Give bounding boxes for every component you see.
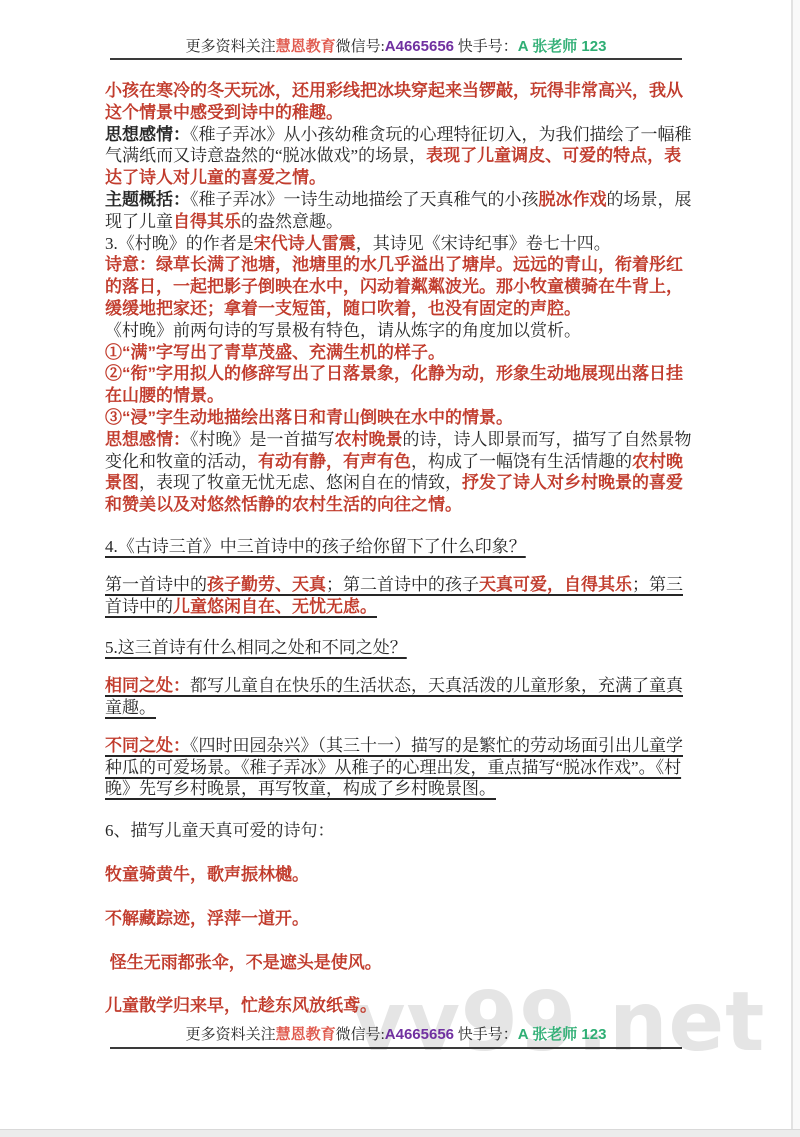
paragraph: 思想感情：《稚子弄冰》从小孩幼稚贪玩的心理特征切入，为我们描绘了一幅稚气满纸而又…	[105, 124, 695, 189]
paragraph: 3.《村晚》的作者是宋代诗人雷震，其诗见《宋诗纪事》卷七十四。	[105, 233, 695, 255]
text-segment: 3.《村晚》的作者是	[105, 234, 254, 253]
text-segment: 儿童散学归来早，忙趁东风放纸鸢。	[105, 996, 377, 1015]
text-segment: 思想感情：	[105, 430, 190, 449]
text-segment: 诗意：绿草长满了池塘，池塘里的水几乎溢出了塘岸。远远的青山，衔着彤红的落日，一起…	[105, 255, 683, 318]
text-segment: A 张老师 123	[518, 38, 607, 55]
question-line: 5.这三首诗有什么相同之处和不同之处？	[105, 637, 695, 659]
text-segment: 的盎然意趣。	[241, 212, 343, 231]
header-divider	[110, 58, 682, 60]
text-segment: 不解藏踪迹，浮萍一道开。	[105, 909, 309, 928]
viewer-right-gutter	[793, 0, 800, 1137]
text-segment: 主题概括：	[105, 190, 190, 209]
poem-line: 儿童散学归来早，忙趁东风放纸鸢。	[105, 995, 695, 1017]
paragraph: 主题概括：《稚子弄冰》一诗生动地描绘了天真稚气的小孩脱冰作戏的场景，展现了儿童自…	[105, 189, 695, 233]
text-segment: 更多资料关注	[186, 39, 276, 55]
text-segment: ②“衔”字用拟人的修辞写出了日落景象，化静为动，形象生动地展现出落日挂在山腰的情…	[105, 364, 683, 405]
text-segment: 更多资料关注	[186, 1027, 276, 1043]
paragraph: 诗意：绿草长满了池塘，池塘里的水几乎溢出了塘岸。远远的青山，衔着彤红的落日，一起…	[105, 254, 695, 319]
text-segment: 有动有静，有声有色	[258, 452, 411, 471]
paragraph: ②“衔”字用拟人的修辞写出了日落景象，化静为动，形象生动地展现出落日挂在山腰的情…	[105, 363, 695, 407]
document-page: vv99.net 更多资料关注慧恩教育微信号:A4665656 快手号：A 张老…	[0, 0, 800, 1137]
text-segment: 小孩在寒冷的冬天玩冰，还用彩线把冰块穿起来当锣敲，玩得非常高兴，我从这个情景中感…	[105, 81, 683, 122]
answer-line: 相同之处：都写儿童自在快乐的生活状态，天真活泼的儿童形象，充满了童真童趣。	[105, 675, 695, 719]
text-segment: 不同之处：	[105, 736, 190, 755]
section-label: 6、描写儿童天真可爱的诗句：	[105, 820, 695, 842]
text-segment: 《村晚》是一首描写	[190, 430, 335, 449]
answer-line: 第一首诗中的孩子勤劳、天真；第二首诗中的孩子天真可爱，自得其乐；第三首诗中的儿童…	[105, 574, 695, 618]
text-segment: ①“满”字写出了青草茂盛、充满生机的样子。	[105, 343, 445, 362]
document-content: 小孩在寒冷的冬天玩冰，还用彩线把冰块穿起来当锣敲，玩得非常高兴，我从这个情景中感…	[105, 80, 695, 1017]
answer-line: 不同之处：《四时田园杂兴》（其三十一）描写的是繁忙的劳动场面引出儿童学种瓜的可爱…	[105, 735, 695, 800]
paragraph: 《村晚》前两句诗的写景极有特色，请从炼字的角度加以赏析。	[105, 320, 695, 342]
text-segment: 天真可爱，自得其乐	[479, 575, 632, 594]
text-segment: 怪生无雨都张伞，不是遮头是使风。	[105, 953, 382, 972]
text-segment: 6、描写儿童天真可爱的诗句：	[105, 821, 335, 840]
text-segment: ；第二首诗中的孩子	[326, 575, 479, 594]
viewer-bottom-bar	[0, 1129, 800, 1137]
text-segment: 《四时田园杂兴》（其三十一）描写的是繁忙的劳动场面引出儿童学种瓜的可爱场景。《稚…	[105, 736, 683, 799]
paragraph: 小孩在寒冷的冬天玩冰，还用彩线把冰块穿起来当锣敲，玩得非常高兴，我从这个情景中感…	[105, 80, 695, 124]
text-segment: 相同之处：	[105, 676, 190, 695]
text-segment: 快手号：	[454, 39, 518, 55]
text-segment: 微信号:	[336, 39, 385, 55]
text-segment: A4665656	[385, 38, 454, 55]
text-segment: ，表现了牧童无忧无虑、悠闲自在的情致，	[139, 473, 462, 492]
text-segment: ③“浸”字生动地描绘出落日和青山倒映在水中的情景。	[105, 408, 513, 427]
text-segment: 孩子勤劳、天真	[207, 575, 326, 594]
poem-line: 不解藏踪迹，浮萍一道开。	[105, 908, 695, 930]
text-segment: 微信号:	[336, 1027, 385, 1043]
text-segment: 慧恩教育	[276, 38, 336, 55]
text-segment: 4.《古诗三首》中三首诗中的孩子给你留下了什么印象？	[105, 537, 526, 556]
text-segment: 《稚子弄冰》一诗生动地描绘了天真稚气的小孩	[190, 190, 539, 209]
text-segment: 脱冰作戏	[539, 190, 607, 209]
paragraph: 思想感情：《村晚》是一首描写农村晚景的诗，诗人即景而写，描写了自然景物变化和牧童…	[105, 429, 695, 516]
text-segment: ，构成了一幅饶有生活情趣的	[411, 452, 632, 471]
text-segment: 慧恩教育	[276, 1026, 336, 1043]
text-segment: 儿童悠闲自在、无忧无虑。	[173, 597, 377, 616]
text-segment: A4665656	[385, 1026, 454, 1043]
text-segment: 第一首诗中的	[105, 575, 207, 594]
text-segment: 《村晚》前两句诗的写景极有特色，请从炼字的角度加以赏析。	[105, 321, 581, 340]
question-line: 4.《古诗三首》中三首诗中的孩子给你留下了什么印象？	[105, 536, 695, 558]
poem-line: 牧童骑黄牛，歌声振林樾。	[105, 864, 695, 886]
text-segment: 5.这三首诗有什么相同之处和不同之处？	[105, 638, 407, 657]
paragraph: ③“浸”字生动地描绘出落日和青山倒映在水中的情景。	[105, 407, 695, 429]
paragraph: ①“满”字写出了青草茂盛、充满生机的样子。	[105, 342, 695, 364]
footer-divider	[110, 1047, 682, 1049]
page-header: 更多资料关注慧恩教育微信号:A4665656 快手号：A 张老师 123	[110, 38, 682, 56]
text-segment: 快手号：	[454, 1027, 518, 1043]
text-segment: A 张老师 123	[518, 1026, 607, 1043]
text-segment: 都写儿童自在快乐的生活状态，天真活泼的儿童形象，充满了童真童趣。	[105, 676, 683, 717]
text-segment: ，其诗见《宋诗纪事》卷七十四。	[356, 234, 611, 253]
text-segment: 自得其乐	[173, 212, 241, 231]
text-segment: 牧童骑黄牛，歌声振林樾。	[105, 865, 309, 884]
text-segment: 宋代诗人雷震	[254, 234, 356, 253]
page-footer: 更多资料关注慧恩教育微信号:A4665656 快手号：A 张老师 123	[110, 1026, 682, 1044]
poem-line: 怪生无雨都张伞，不是遮头是使风。	[105, 952, 695, 974]
text-segment: 农村晚景	[335, 430, 403, 449]
text-segment: 思想感情：	[105, 125, 190, 144]
